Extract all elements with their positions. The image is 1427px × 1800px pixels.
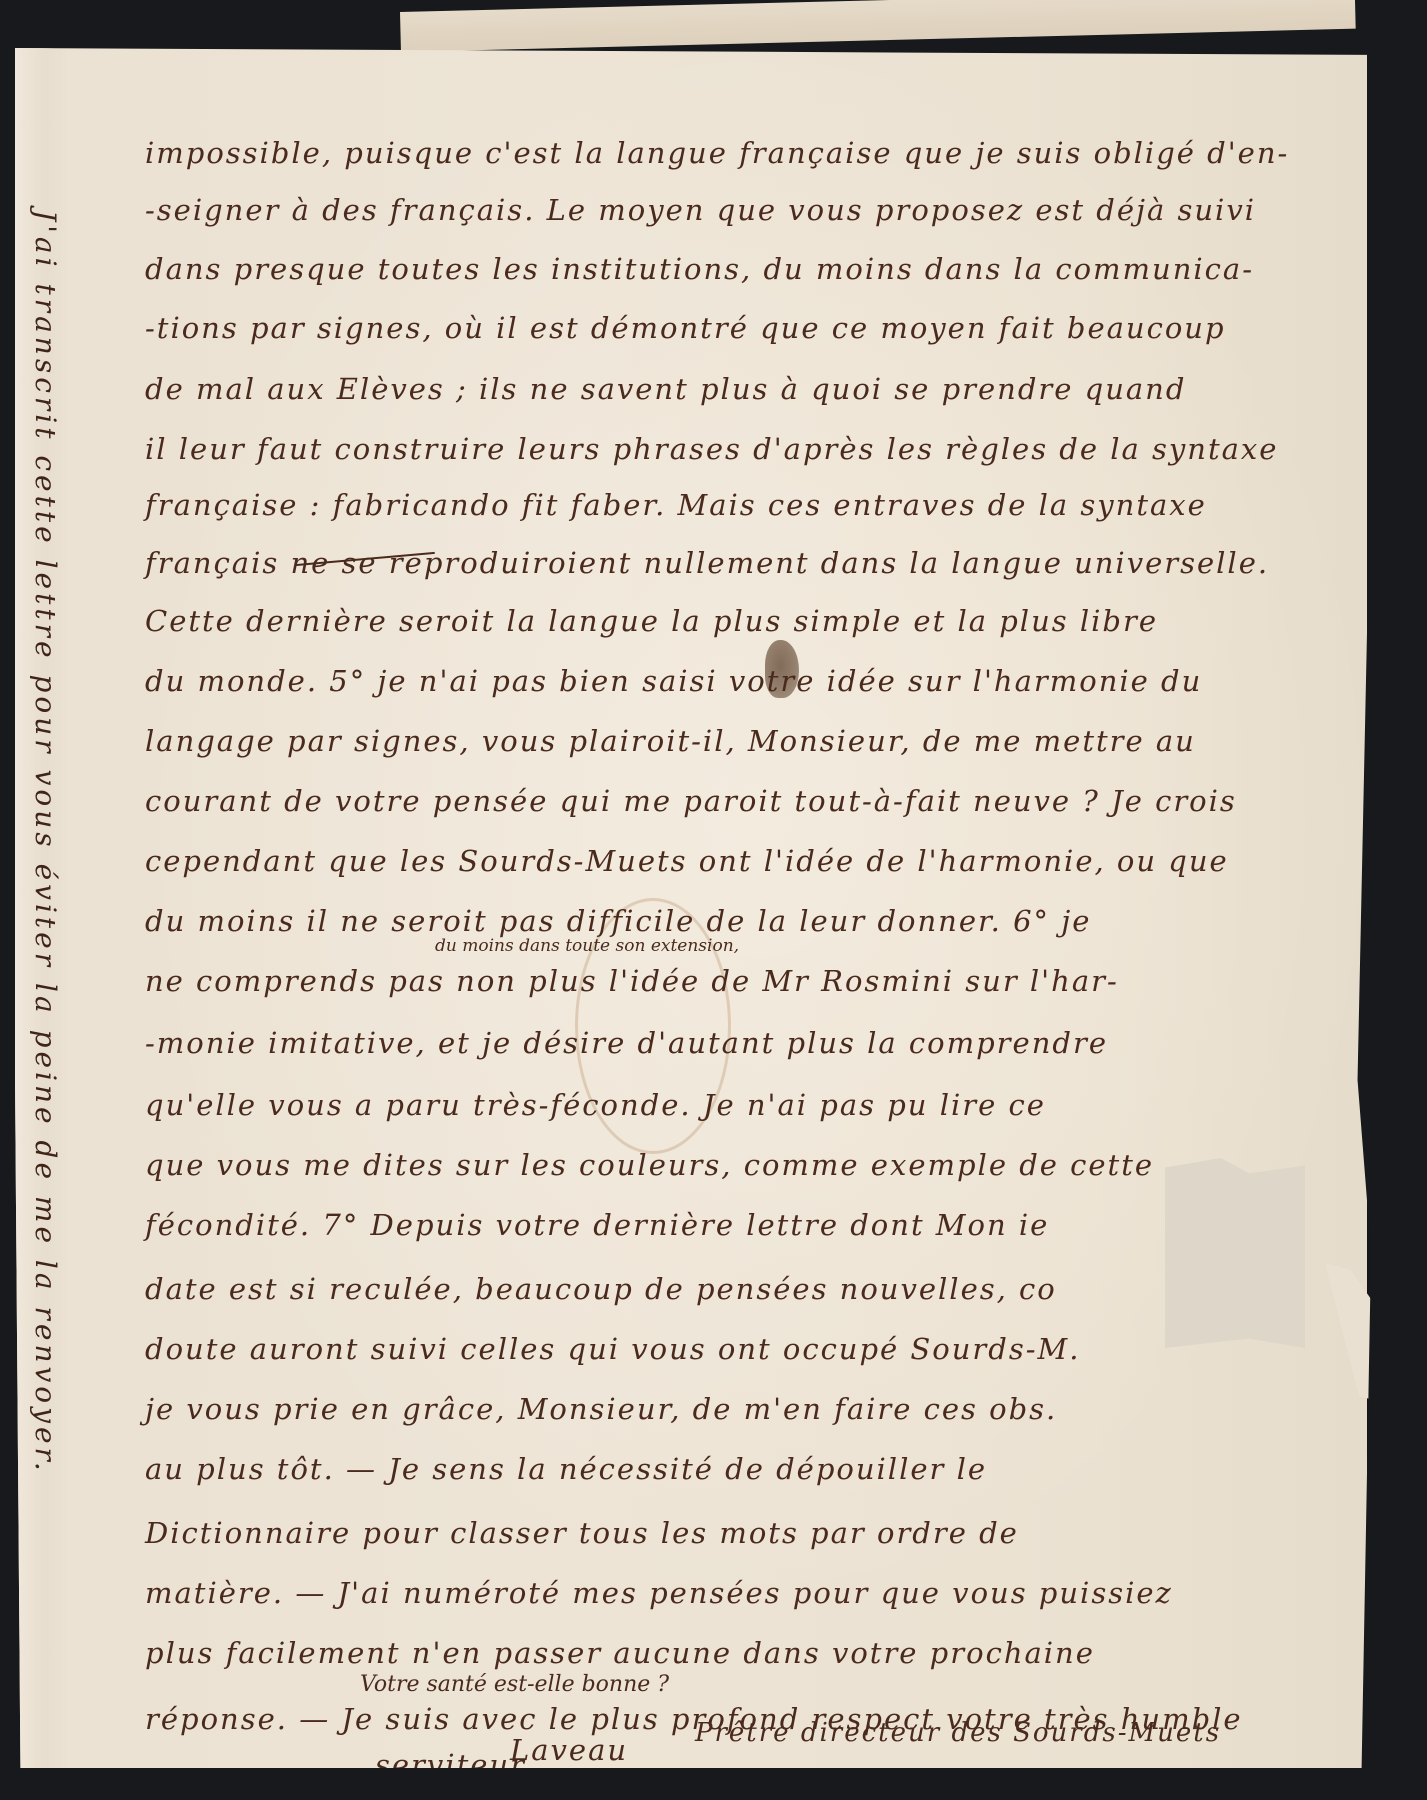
scanned-document: impossible, puisque c'est la langue fran… xyxy=(0,0,1427,1800)
letter-line: plus facilement n'en passer aucune dans … xyxy=(145,1636,1095,1670)
torn-fragment-text: sant xyxy=(1393,1265,1427,1325)
letter-line: langage par signes, vous plairoit-il, Mo… xyxy=(145,724,1196,758)
letter-line: Dictionnaire pour classer tous les mots … xyxy=(145,1516,1019,1550)
letter-line: -tions par signes, où il est démontré qu… xyxy=(145,311,1226,345)
letter-line: impossible, puisque c'est la langue fran… xyxy=(145,136,1289,170)
signature-name: Laveau xyxy=(510,1733,628,1767)
interlinear-insert: Votre santé est-elle bonne ? xyxy=(360,1672,669,1697)
signature-place: à Orléans. xyxy=(760,1776,915,1800)
back-sheet-edge xyxy=(400,0,1356,52)
letter-page: impossible, puisque c'est la langue fran… xyxy=(15,48,1367,1768)
margin-note-vertical: J'ai transcrit cette lettre pour vous év… xyxy=(29,210,62,1710)
signature-title: Prêtre directeur des Sourds-Muets xyxy=(695,1718,1221,1748)
letter-line: française : fabricando fit faber. Mais c… xyxy=(145,488,1207,522)
torn-flap xyxy=(1325,1263,1410,1403)
letter-line: courant de votre pensée qui me paroit to… xyxy=(145,784,1237,818)
letter-line: de mal aux Elèves ; ils ne savent plus à… xyxy=(145,372,1186,406)
letter-line: cependant que les Sourds-Muets ont l'idé… xyxy=(145,844,1229,878)
letter-line: que vous me dites sur les couleurs, comm… xyxy=(145,1148,1154,1182)
letter-line: dans presque toutes les institutions, du… xyxy=(145,252,1254,286)
letter-line: fécondité. 7° Depuis votre dernière lett… xyxy=(145,1208,1049,1242)
letter-line: -seigner à des français. Le moyen que vo… xyxy=(145,193,1256,227)
letter-line: au plus tôt. — Je sens la nécessité de d… xyxy=(145,1452,987,1486)
letter-line: date est si reculée, beaucoup de pensées… xyxy=(145,1272,1057,1306)
interlinear-insert: du moins dans toute son extension, xyxy=(435,936,739,956)
letter-line: il leur faut construire leurs phrases d'… xyxy=(145,432,1278,466)
letter-line: du monde. 5° je n'ai pas bien saisi votr… xyxy=(145,664,1202,698)
letter-line: Cette dernière seroit la langue la plus … xyxy=(145,604,1158,638)
letter-line: -monie imitative, et je désire d'autant … xyxy=(145,1026,1108,1060)
letter-line: je vous prie en grâce, Monsieur, de m'en… xyxy=(145,1392,1057,1426)
letter-line: matière. — J'ai numéroté mes pensées pou… xyxy=(145,1576,1173,1610)
letter-line: du moins il ne seroit pas difficile de l… xyxy=(145,904,1091,938)
letter-line: doute auront suivi celles qui vous ont o… xyxy=(145,1332,1080,1366)
letter-line: serviteur xyxy=(375,1748,526,1782)
letter-line: français ne se reproduiroient nullement … xyxy=(145,546,1269,580)
letter-line: qu'elle vous a paru très-féconde. Je n'a… xyxy=(145,1088,1046,1122)
letter-line: ne comprends pas non plus l'idée de Mr R… xyxy=(145,964,1119,998)
repair-patch xyxy=(1165,1158,1305,1348)
